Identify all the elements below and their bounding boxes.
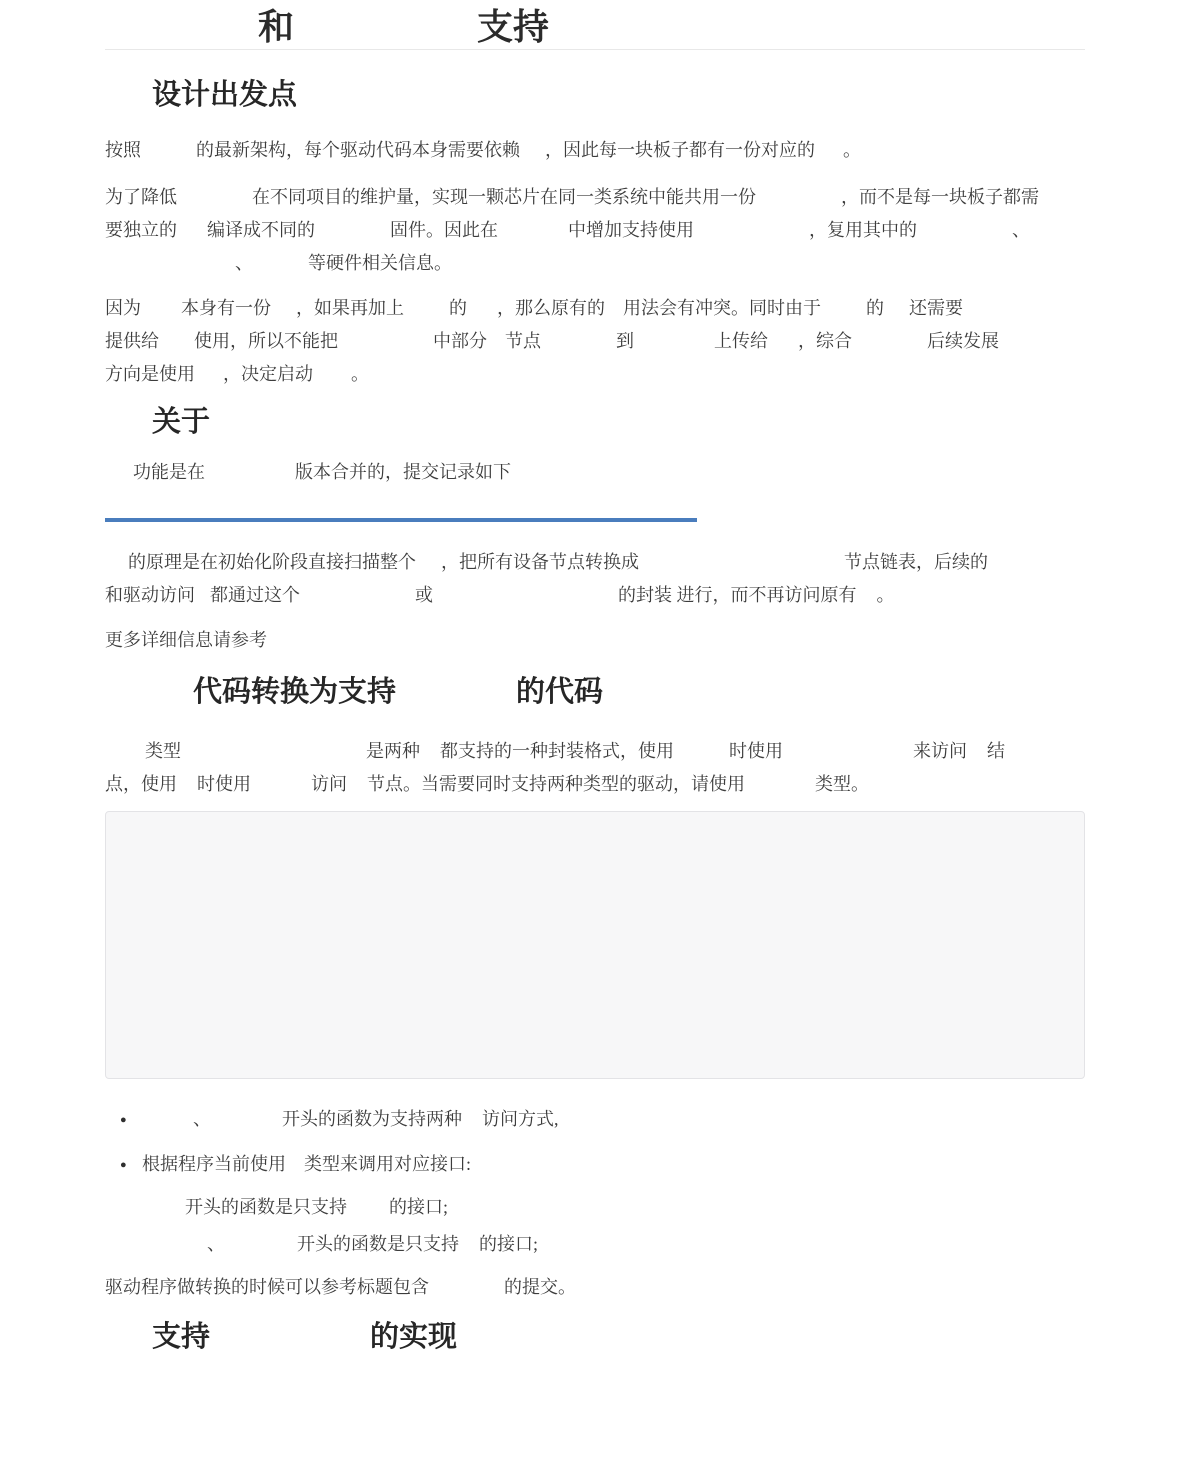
commit-link-underline[interactable]: [105, 518, 697, 522]
code-block: [105, 811, 1085, 1079]
list-item: 根据程序当前使用类型来调用对应接口:: [105, 1148, 1085, 1181]
text-line: 功能是在版本合并的，提交记录如下: [105, 456, 1085, 489]
text-line: 为了降低在不同项目的维护量，实现一颗芯片在同一类系统中能共用一份，而不是每一块板…: [105, 181, 1085, 214]
paragraph-architecture: 按照的最新架构，每个驱动代码本身需要依赖，因此每一块板子都有一份对应的。: [105, 134, 1085, 167]
section-heading-design: 设计出发点: [105, 76, 1085, 114]
text-line: 驱动程序做转换的时候可以参考标题包含的提交。: [105, 1271, 1085, 1304]
section-heading-implementation: 支持的实现: [105, 1318, 1085, 1356]
document-header: 和支持: [105, 0, 1085, 50]
text-line: 更多详细信息请参考: [105, 624, 1085, 657]
paragraph-reference: 驱动程序做转换的时候可以参考标题包含的提交。: [105, 1271, 1085, 1304]
text-line: 方向是使用，决定启动。: [105, 358, 1085, 391]
text-line: 和驱动访问都通过这个或的封装 进行，而不再访问原有。: [105, 579, 1085, 612]
paragraph-merge-record: 功能是在版本合并的，提交记录如下: [105, 456, 1085, 489]
sub-list-item: 开头的函数是只支持的接口;: [105, 1191, 1085, 1224]
paragraph-conflict: 因为本身有一份，如果再加上的，那么原有的用法会有冲突。同时由于的还需要 提供给使…: [105, 292, 1085, 391]
document-page: 和支持 设计出发点 按照的最新架构，每个驱动代码本身需要依赖，因此每一块板子都有…: [0, 0, 1190, 1458]
text-line: 提供给使用，所以不能把中部分节点到上传给，综合后续发展: [105, 325, 1085, 358]
section-heading-convert: 代码转换为支持的代码: [105, 673, 1085, 711]
paragraph-more-info: 更多详细信息请参考: [105, 624, 1085, 657]
bullet-list: 、开头的函数为支持两种访问方式, 根据程序当前使用类型来调用对应接口:: [105, 1103, 1085, 1181]
text-line: 类型是两种都支持的一种封装格式，使用时使用来访问结: [105, 735, 1085, 768]
text-line: 因为本身有一份，如果再加上的，那么原有的用法会有冲突。同时由于的还需要: [105, 292, 1085, 325]
text-line: 、等硬件相关信息。: [105, 247, 1085, 280]
paragraph-type: 类型是两种都支持的一种封装格式，使用时使用来访问结 点，使用时使用访问节点。当需…: [105, 735, 1085, 801]
text-line: 按照的最新架构，每个驱动代码本身需要依赖，因此每一块板子都有一份对应的。: [105, 134, 1085, 167]
text-line: 要独立的编译成不同的固件。因此在中增加支持使用，复用其中的、: [105, 214, 1085, 247]
list-item: 、开头的函数为支持两种访问方式,: [105, 1103, 1085, 1136]
sub-list-item: 、开头的函数是只支持的接口;: [105, 1228, 1085, 1261]
paragraph-maintenance: 为了降低在不同项目的维护量，实现一颗芯片在同一类系统中能共用一份，而不是每一块板…: [105, 181, 1085, 280]
page-title: 和支持: [105, 6, 1085, 49]
text-line: 点，使用时使用访问节点。当需要同时支持两种类型的驱动，请使用类型。: [105, 768, 1085, 801]
section-heading-about: 关于: [105, 403, 1085, 441]
text-line: 的原理是在初始化阶段直接扫描整个，把所有设备节点转换成节点链表，后续的: [105, 546, 1085, 579]
paragraph-principle: 的原理是在初始化阶段直接扫描整个，把所有设备节点转换成节点链表，后续的 和驱动访…: [105, 546, 1085, 612]
